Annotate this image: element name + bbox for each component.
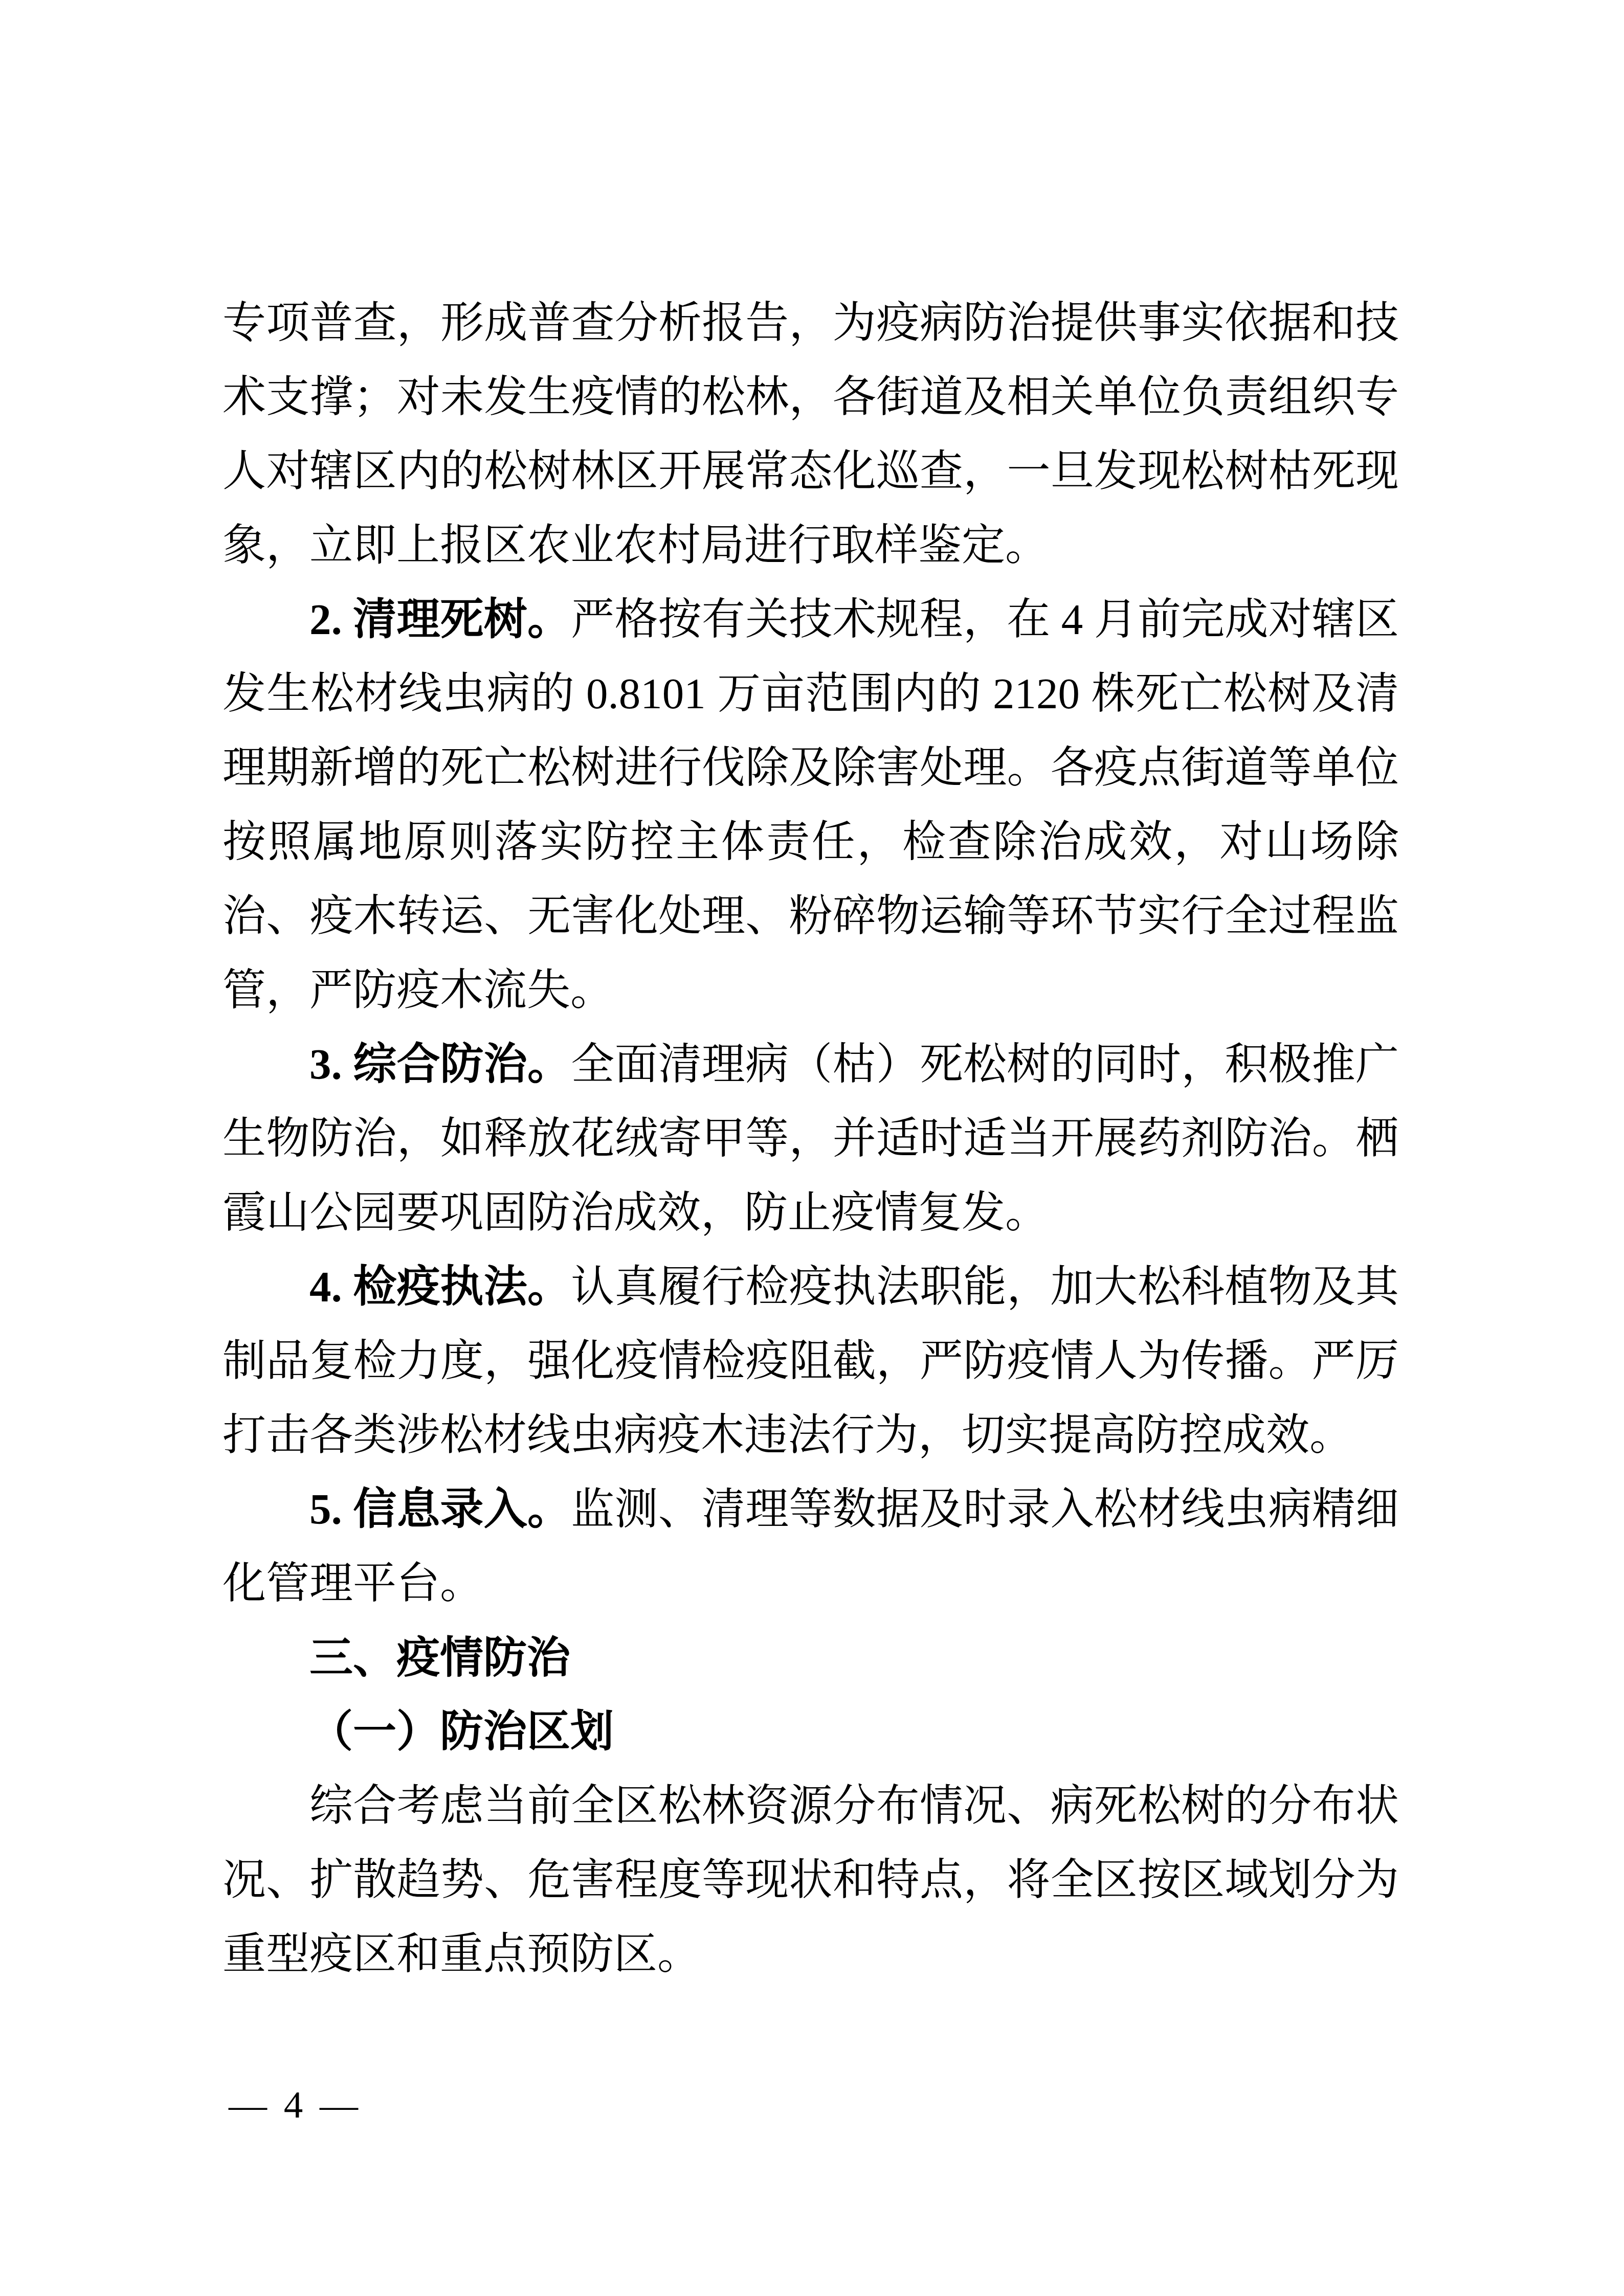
section-heading: 三、疫情防治 xyxy=(223,1621,1399,1695)
item-2-lead: 2. 清理死树。 xyxy=(309,596,571,644)
item-2-body: 严格按有关技术规程，在 4 月前完成对辖区发生松材线虫病的 0.8101 万亩范… xyxy=(223,596,1399,1015)
paragraph-continuation-text: 专项普查，形成普查分析报告，为疫病防治提供事实依据和技术支撑；对未发生疫情的松林… xyxy=(223,299,1399,570)
document-body: 专项普查，形成普查分析报告，为疫病防治提供事实依据和技术支撑；对未发生疫情的松林… xyxy=(223,286,1399,1992)
paragraph-item-2: 2. 清理死树。严格按有关技术规程，在 4 月前完成对辖区发生松材线虫病的 0.… xyxy=(223,583,1399,1028)
page-number: — 4 — xyxy=(229,2084,358,2126)
document-page: 专项普查，形成普查分析报告，为疫病防治提供事实依据和技术支撑；对未发生疫情的松林… xyxy=(0,0,1624,2296)
subsection-heading: （一）防治区划 xyxy=(223,1695,1399,1769)
paragraph-item-5: 5. 信息录入。监测、清理等数据及时录入松材线虫病精细化管理平台。 xyxy=(223,1473,1399,1621)
paragraph-closing-text: 综合考虑当前全区松林资源分布情况、病死松树的分布状况、扩散趋势、危害程度等现状和… xyxy=(223,1782,1399,1978)
item-5-lead: 5. 信息录入。 xyxy=(309,1485,571,1534)
item-4-lead: 4. 检疫执法。 xyxy=(309,1263,571,1311)
page-footer: — 4 — xyxy=(229,2085,358,2126)
paragraph-item-3: 3. 综合防治。全面清理病（枯）死松树的同时，积极推广生物防治，如释放花绒寄甲等… xyxy=(223,1028,1399,1250)
item-3-lead: 3. 综合防治。 xyxy=(309,1041,571,1089)
paragraph-continuation: 专项普查，形成普查分析报告，为疫病防治提供事实依据和技术支撑；对未发生疫情的松林… xyxy=(223,286,1399,583)
paragraph-closing: 综合考虑当前全区松林资源分布情况、病死松树的分布状况、扩散趋势、危害程度等现状和… xyxy=(223,1769,1399,1992)
paragraph-item-4: 4. 检疫执法。认真履行检疫执法职能，加大松科植物及其制品复检力度，强化疫情检疫… xyxy=(223,1250,1399,1473)
